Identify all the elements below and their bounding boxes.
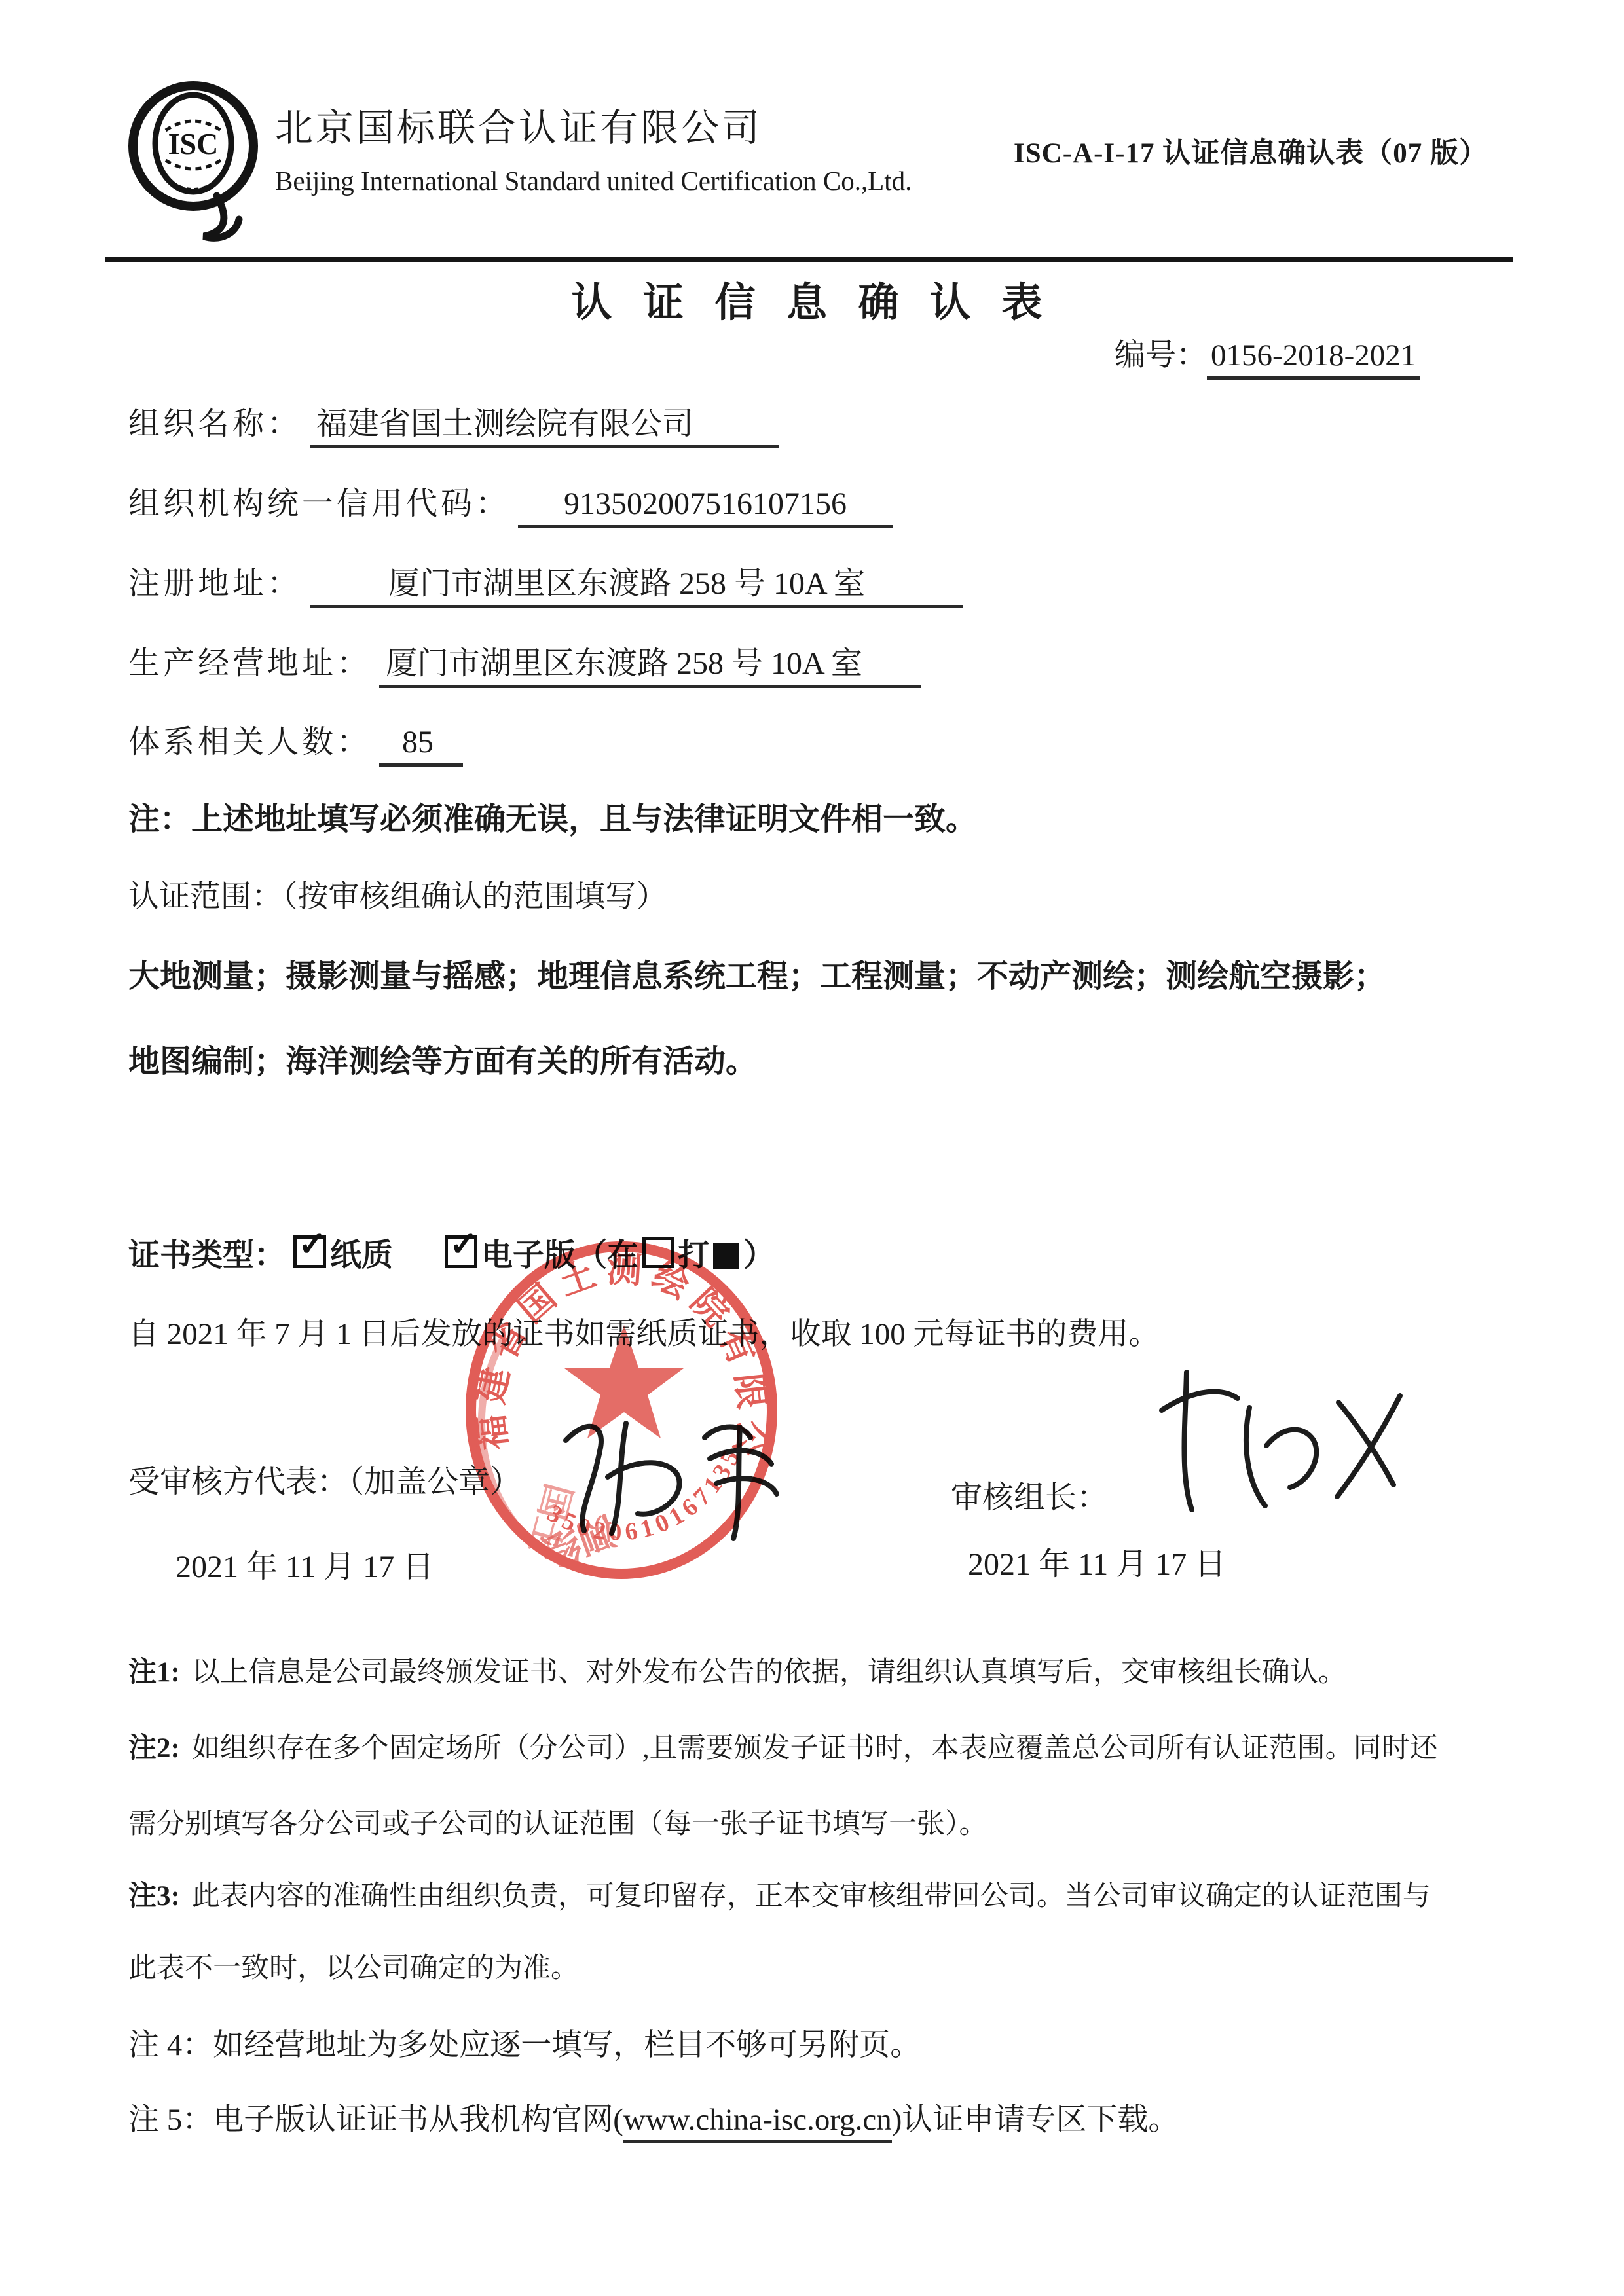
credit-code-value: 913502007516107156: [518, 486, 893, 528]
paper-checked-checkbox-icon: ✓: [293, 1235, 326, 1268]
note-2-continuation: 需分别填写各分公司或子公司的认证范围（每一张子证书填写一张）。: [128, 1802, 987, 1842]
note-3-label: 注3:: [128, 1881, 180, 1912]
org-name-value: 福建省国土测绘院有限公司: [310, 407, 779, 448]
op-address-value: 厦门市湖里区东渡路 258 号 10A 室: [379, 646, 921, 688]
serial-label: 编号：: [1115, 338, 1207, 373]
scope-line-2: 地图编制；海洋测绘等方面有关的所有活动。: [128, 1036, 757, 1081]
header-rule: [105, 257, 1513, 262]
op-address-label: 生产经营地址：: [128, 646, 371, 681]
note-5-label: 注 5：: [128, 2103, 213, 2137]
note-3: 注3:此表内容的准确性由组织负责，可复印留存，正本交审核组带回公司。当公司审议确…: [128, 1874, 1431, 1914]
field-row-org-name: 组织名称： 福建省国土测绘院有限公司: [128, 398, 779, 443]
reg-address-label: 注册地址：: [128, 566, 302, 601]
scope-label: 认证范围：（按审核组确认的范围填写）: [128, 872, 667, 916]
note-2-text: 如组织存在多个固定场所（分公司）,且需要颁发子证书时，本表应覆盖总公司所有认证范…: [192, 1733, 1438, 1764]
note-1: 注1:以上信息是公司最终颁发证书、对外发布公告的依据，请组织认真填写后，交审核组…: [128, 1650, 1346, 1690]
org-name-label: 组织名称：: [128, 407, 302, 441]
note-5-text-pre: 电子版认证证书从我机构官网(: [213, 2103, 623, 2137]
note-3-continuation: 此表不一致时，以公司确定的为准。: [128, 1946, 579, 1986]
staff-count-label: 体系相关人数：: [128, 725, 371, 759]
cert-type-label: 证书类型：: [128, 1238, 286, 1273]
field-row-credit-code: 组织机构统一信用代码： 913502007516107156: [128, 478, 893, 523]
note-4: 注 4：如经营地址为多处应逐一填写，栏目不够可另附页。: [128, 2020, 921, 2064]
company-name-en: Beijing International Standard united Ce…: [275, 165, 912, 196]
note-2: 注2:如组织存在多个固定场所（分公司）,且需要颁发子证书时，本表应覆盖总公司所有…: [128, 1726, 1438, 1766]
credit-code-label: 组织机构统一信用代码：: [128, 486, 510, 521]
field-row-reg-address: 注册地址： 厦门市湖里区东渡路 258 号 10A 室: [128, 558, 963, 603]
reg-address-value: 厦门市湖里区东渡路 258 号 10A 室: [310, 566, 963, 608]
field-row-staff-count: 体系相关人数： 85: [128, 716, 463, 761]
doc-code: ISC-A-I-17 认证信息确认表（07 版）: [1014, 131, 1488, 171]
isc-logo-icon: ISC: [126, 67, 264, 246]
note-1-label: 注1:: [128, 1657, 180, 1688]
auditee-date: 2021 年 11 月 17 日: [175, 1541, 434, 1586]
serial-value: 0156-2018-2021: [1207, 338, 1420, 380]
note-5-url: www.china-isc.org.cn: [623, 2103, 892, 2143]
leader-signature: [1139, 1347, 1428, 1531]
scope-line-1: 大地测量；摄影测量与摇感；地理信息系统工程；工程测量；不动产测绘；测绘航空摄影；: [128, 951, 1386, 996]
auditee-rep-label: 受审核方代表：（加盖公章）: [128, 1456, 521, 1501]
note-4-label: 注 4：: [128, 2028, 213, 2062]
note-4-text: 如经营地址为多处应逐一填写，栏目不够可另附页。: [213, 2028, 921, 2062]
serial-row: 编号：0156-2018-2021: [1115, 331, 1420, 374]
note-5: 注 5：电子版认证证书从我机构官网(www.china-isc.org.cn)认…: [128, 2095, 1179, 2139]
address-accuracy-note: 注：上述地址填写必须准确无误，且与法律证明文件相一致。: [128, 793, 977, 839]
note-2-label: 注2:: [128, 1733, 180, 1764]
audit-leader-label: 审核组长：: [951, 1472, 1108, 1517]
note-5-text-post: )认证申请专区下载。: [892, 2103, 1179, 2137]
note-1-text: 以上信息是公司最终颁发证书、对外发布公告的依据，请组织认真填写后，交审核组长确认…: [192, 1657, 1346, 1688]
auditee-signature: [544, 1394, 799, 1558]
page-title: 认 证 信 息 确 认 表: [0, 270, 1624, 328]
cert-type-option-paper: 纸质: [330, 1238, 393, 1273]
field-row-op-address: 生产经营地址： 厦门市湖里区东渡路 258 号 10A 室: [128, 638, 921, 683]
leader-date: 2021 年 11 月 17 日: [968, 1539, 1226, 1584]
certification-confirmation-document: ISC 北京国标联合认证有限公司 Beijing International S…: [0, 0, 1624, 2296]
logo-text: ISC: [168, 127, 219, 160]
staff-count-value: 85: [379, 725, 463, 767]
company-name-cn: 北京国标联合认证有限公司: [275, 97, 762, 152]
note-3-text: 此表内容的准确性由组织负责，可复印留存，正本交审核组带回公司。当公司审议确定的认…: [192, 1881, 1431, 1912]
